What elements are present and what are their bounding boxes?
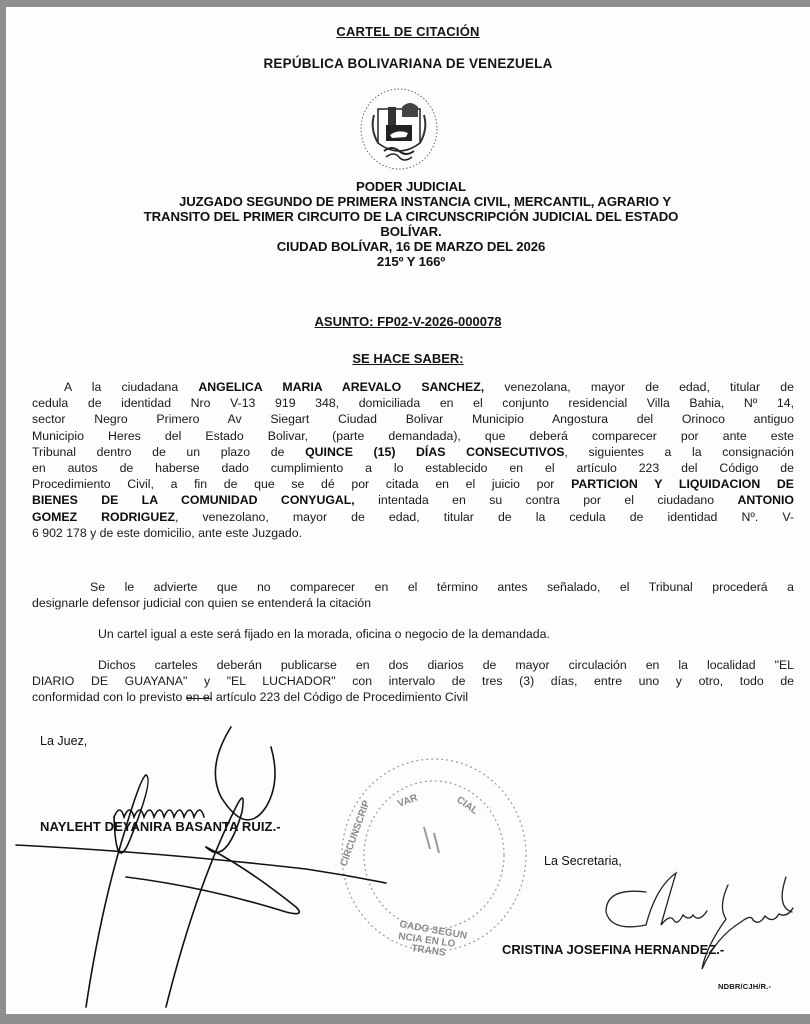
text: , venezolano, mayor de edad, titular de …	[175, 510, 794, 524]
p1-line: Municipio Heres del Estado Bolivar, (par…	[32, 428, 794, 444]
coat-of-arms-seal-icon	[356, 85, 442, 173]
svg-text:CIAL: CIAL	[454, 794, 479, 816]
plaintiff-name: GOMEZ RODRIGUEZ	[32, 510, 175, 524]
se-hace-saber-text: SE HACE SABER	[352, 351, 459, 366]
colon: :	[459, 351, 463, 366]
p1-line: Tribunal dentro de un plazo de QUINCE (1…	[32, 444, 794, 460]
text: , siguientes a la consignación	[564, 445, 794, 459]
judge-name: NAYLEHT DEYANIRA BASANTA RUIZ.-	[40, 819, 281, 834]
place-date: CIUDAD BOLÍVAR, 16 DE MARZO DEL 2026	[46, 239, 776, 254]
p4-line: conformidad con lo previsto en el artícu…	[32, 689, 794, 705]
struck-text: en el	[186, 690, 213, 704]
p1-line: en autos de haberse dado cumplimiento a …	[32, 460, 794, 476]
p1-line: A la ciudadana ANGELICA MARIA AREVALO SA…	[32, 379, 794, 395]
document-title: CARTEL DE CITACIÓN	[6, 24, 810, 39]
paragraph-warning: Se le advierte que no comparecer en el t…	[32, 579, 794, 611]
p2-line: designarle defensor judicial con quien s…	[32, 595, 794, 611]
court-line-2: TRANSITO DEL PRIMER CIRCUITO DE LA CIRCU…	[46, 209, 776, 224]
p4-line: DIARIO DE GUAYANA" y "EL LUCHADOR" con i…	[32, 673, 794, 689]
p2-line: Se le advierte que no comparecer en el t…	[32, 579, 794, 595]
initials: NDBR/CJH/R.-	[718, 982, 771, 991]
court-line-1: JUZGADO SEGUNDO DE PRIMERA INSTANCIA CIV…	[46, 194, 776, 209]
document-page: CARTEL DE CITACIÓN REPÚBLICA BOLIVARIANA…	[6, 7, 810, 1014]
p1-line: 6 902 178 y de este domicilio, ante este…	[32, 525, 794, 541]
svg-text:VAR: VAR	[396, 792, 420, 810]
text: artículo 223 del Código de Procedimiento…	[212, 690, 468, 704]
plaintiff-name: ANTONIO	[738, 493, 794, 507]
republic-heading: REPÚBLICA BOLIVARIANA DE VENEZUELA	[6, 56, 810, 71]
svg-text:NCIA EN LO: NCIA EN LO	[398, 931, 457, 950]
secretary-name: CRISTINA JOSEFINA HERNANDEZ.-	[502, 942, 724, 957]
text: intentada en su contra por el ciudadano	[355, 493, 738, 507]
p1-line: sector Negro Primero Av Siegart Ciudad B…	[32, 411, 794, 427]
svg-text:TRANS: TRANS	[411, 943, 447, 959]
text: venezolana, mayor de edad, titular de	[484, 380, 794, 394]
years: 215º Y 166º	[46, 254, 776, 269]
text: conformidad con lo previsto	[32, 690, 186, 704]
court-branch: PODER JUDICIAL	[46, 179, 776, 194]
case-number: ASUNTO: FP02-V-2026-000078	[6, 314, 810, 329]
svg-text:GADO SEGUN: GADO SEGUN	[398, 919, 467, 942]
paragraph-notice: A la ciudadana ANGELICA MARIA AREVALO SA…	[32, 379, 794, 541]
p4-line: Dichos carteles deberán publicarse en do…	[32, 657, 794, 673]
svg-text:CIRCUNSCRIP: CIRCUNSCRIP	[338, 799, 372, 868]
court-line-3: BOLÍVAR.	[46, 224, 776, 239]
deadline: QUINCE (15) DÍAS CONSECUTIVOS	[305, 445, 564, 459]
text: Procedimiento Civil, a fin de que se dé …	[32, 477, 571, 491]
paragraph-posting: Un cartel igual a este será fijado en la…	[32, 626, 794, 642]
p3-line: Un cartel igual a este será fijado en la…	[32, 626, 794, 642]
court-header: PODER JUDICIAL JUZGADO SEGUNDO DE PRIMER…	[46, 179, 776, 269]
p1-line: Procedimiento Civil, a fin de que se dé …	[32, 476, 794, 492]
judge-label: La Juez,	[40, 734, 87, 748]
text: A la ciudadana	[32, 380, 198, 394]
text: Tribunal dentro de un plazo de	[32, 445, 305, 459]
case-type: PARTICION Y LIQUIDACION DE	[571, 477, 794, 491]
secretary-label: La Secretaria,	[544, 854, 622, 868]
p1-line: BIENES DE LA COMUNIDAD CONYUGAL, intenta…	[32, 492, 794, 508]
paragraph-publication: Dichos carteles deberán publicarse en do…	[32, 657, 794, 706]
p1-line: GOMEZ RODRIGUEZ, venezolano, mayor de ed…	[32, 509, 794, 525]
se-hace-saber-heading: SE HACE SABER:	[6, 351, 810, 366]
defendant-name: ANGELICA MARIA AREVALO SANCHEZ,	[198, 380, 484, 394]
case-type: BIENES DE LA COMUNIDAD CONYUGAL,	[32, 493, 355, 507]
p1-line: cedula de identidad Nro V-13 919 348, do…	[32, 395, 794, 411]
